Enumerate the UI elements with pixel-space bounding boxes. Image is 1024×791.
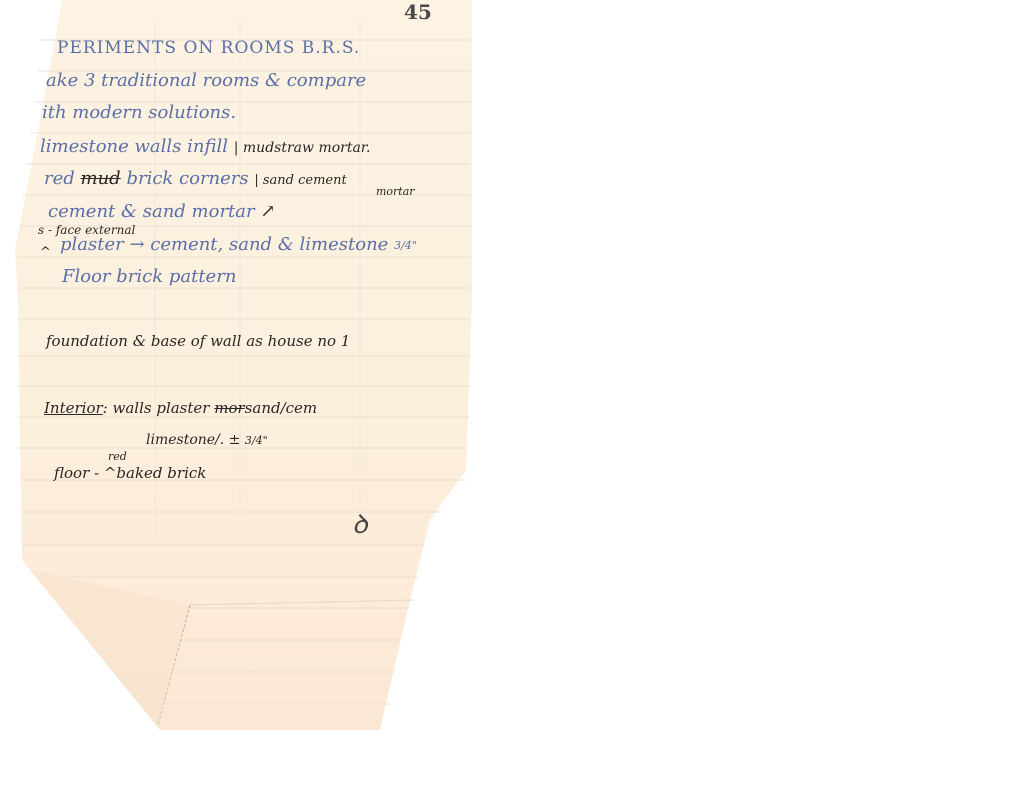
note-line-12: floor - ^baked brick bbox=[54, 466, 206, 481]
note-line-7: plaster → cement, sand & limestone 3/4" bbox=[60, 236, 417, 254]
note-annotation: | mudstraw mortar. bbox=[234, 140, 371, 156]
arrow-icon: ↗ bbox=[260, 201, 275, 222]
note-main: : walls plaster bbox=[103, 399, 210, 417]
note-main: limestone/. ± bbox=[146, 432, 240, 448]
note-insert-red: red bbox=[108, 451, 127, 462]
interior-label: Interior bbox=[44, 399, 103, 417]
note-line-8: Floor brick pattern bbox=[62, 268, 236, 286]
caret-mark: ^ bbox=[40, 246, 51, 259]
note-end: sand/cem bbox=[245, 399, 317, 417]
note-line-11: limestone/. ± 3/4" bbox=[146, 433, 268, 447]
note-main: plaster → cement, sand & limestone bbox=[60, 234, 388, 255]
note-annotation: | sand cement bbox=[254, 173, 346, 188]
heading-line: PERIMENTS ON ROOMS B.R.S. bbox=[57, 40, 360, 57]
note-annotation-2: mortar bbox=[376, 186, 415, 197]
note-line-2: ake 3 traditional rooms & compare bbox=[46, 72, 366, 90]
fraction: 3/4" bbox=[245, 435, 268, 446]
struck-word: mud bbox=[81, 168, 121, 189]
note-line-9: foundation & base of wall as house no 1 bbox=[46, 334, 350, 349]
note-line-3: ith modern solutions. bbox=[42, 104, 236, 122]
note-line-6: cement & sand mortar ↗ bbox=[48, 203, 275, 221]
initials-signature: ꝺ bbox=[352, 512, 368, 538]
note-line-4: limestone walls infill | mudstraw mortar… bbox=[40, 138, 370, 156]
note-main: cement & sand mortar bbox=[48, 201, 255, 222]
note-main: limestone walls infill bbox=[40, 136, 228, 157]
note-main: brick corners bbox=[126, 168, 248, 189]
note-line-5: red mud brick corners | sand cement bbox=[44, 170, 347, 188]
struck-word: mor bbox=[214, 399, 244, 417]
page-number: 45 bbox=[404, 0, 432, 24]
note-pre: red bbox=[44, 168, 75, 189]
fraction: 3/4" bbox=[394, 240, 417, 251]
note-line-10: Interior: walls plaster morsand/cem bbox=[44, 401, 317, 416]
